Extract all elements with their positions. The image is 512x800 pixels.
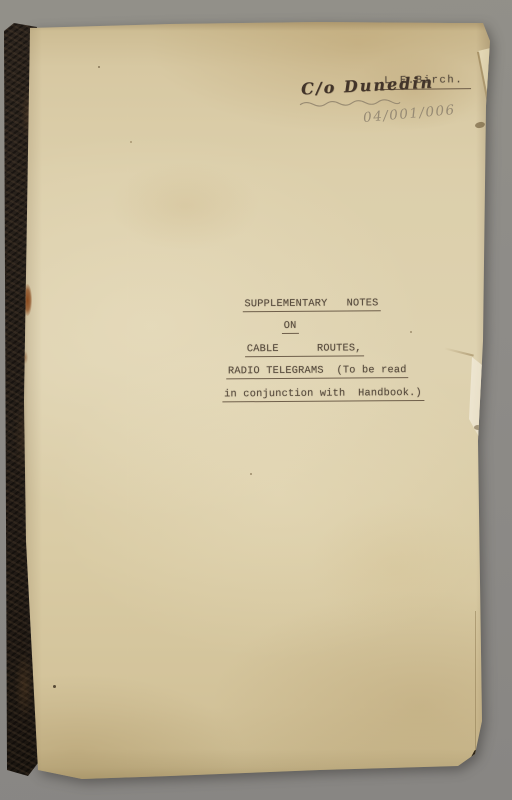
- paper-speck: [410, 331, 412, 333]
- edge-tear-underpaper: [464, 353, 484, 443]
- pencil-reference-number: 04/001/006: [362, 102, 456, 126]
- paper-stain: [310, 501, 480, 631]
- paper-shading: [20, 21, 490, 783]
- rust-stain-small: [22, 351, 28, 364]
- paper-stain: [110, 161, 260, 251]
- title-line-text: in conjunction with Handbook.): [222, 387, 424, 402]
- corner-fold-notch: [474, 121, 485, 129]
- paper-speck: [130, 141, 132, 143]
- title-line-text: SUPPLEMENTARY NOTES: [242, 297, 380, 312]
- title-line-text: RADIO TELEGRAMS (To be read: [226, 364, 409, 379]
- cover-title-block: SUPPLEMENTARY NOTES ON CABLE ROUTES, RAD…: [158, 285, 399, 399]
- under-pages-edge: [475, 611, 476, 756]
- rust-stain: [23, 284, 32, 316]
- corner-fold-crease: [477, 52, 493, 125]
- bottom-corner-notch: [470, 749, 481, 762]
- title-line-text: ON: [282, 320, 299, 334]
- paper-speck: [98, 66, 100, 68]
- book-cover: L.E.Birch. C/o Dunedin 04/001/006 SUPPLE…: [20, 21, 490, 783]
- cover-paper: L.E.Birch. C/o Dunedin 04/001/006 SUPPLE…: [20, 21, 490, 783]
- paper-speck: [250, 473, 252, 475]
- edge-tear-crease: [444, 347, 474, 356]
- photo-backdrop: L.E.Birch. C/o Dunedin 04/001/006 SUPPLE…: [0, 0, 512, 800]
- title-line-text: CABLE ROUTES,: [245, 342, 364, 357]
- paper-speck: [53, 685, 56, 688]
- edge-tear-notch: [474, 425, 482, 430]
- title-line: SUPPLEMENTARY NOTES: [158, 285, 398, 309]
